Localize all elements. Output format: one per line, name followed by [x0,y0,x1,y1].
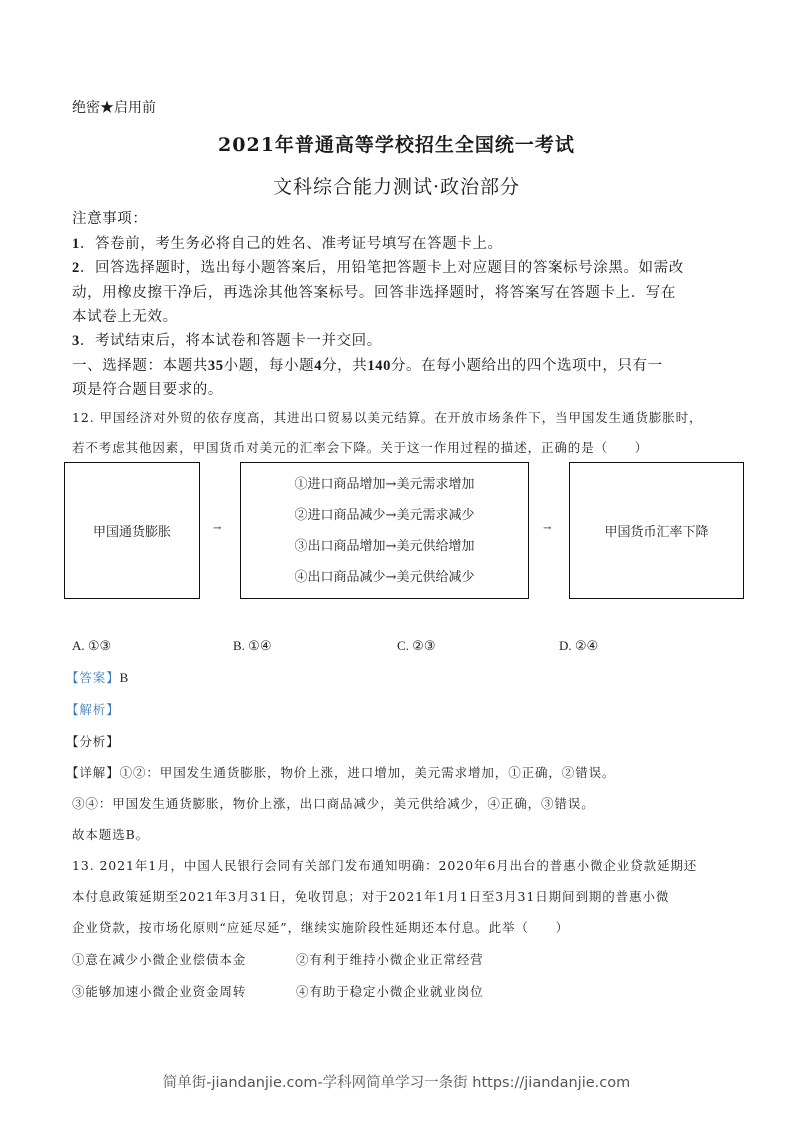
diagram-box-cause: 甲国通货膨胀 [64,462,200,599]
q12-detail-line2: ③④：甲国发生通货膨胀，物价上涨，出口商品减少，美元供给减少，④正确，③错误。 [72,794,595,812]
process-item-4: ④出口商品减少→美元供给减少 [295,567,475,588]
q12-option-d: D. ②④ [559,638,598,654]
q12-option-c: C. ②③ [397,638,435,654]
arrow-right-icon: → [543,523,551,534]
q12-option-b: B. ①④ [233,638,271,654]
footer-watermark: 简单街-jiandanjie.com-学科网简单学习一条街 https://ji… [0,1071,793,1092]
q12-option-a: A. ①③ [72,638,111,654]
q13-stem-line1: 13. 2021年1月，中国人民银行会同有关部门发布通知明确：2020年6月出台… [72,856,697,874]
q13-stem-line2: 本付息政策延期至2021年3月31日，免收罚息；对于2021年1月1日至3月31… [72,887,669,905]
secret-mark: 绝密★启用前 [72,97,156,117]
process-item-2: ②进口商品减少→美元需求减少 [295,505,475,526]
fenxi-tag: 【分析】 [66,732,120,750]
diagram-box-process: ①进口商品增加→美元需求增加 ②进口商品减少→美元需求减少 ③出口商品增加→美元… [240,462,529,599]
notice-item-2-cont: 动，用橡皮擦干净后，再选涂其他答案标号。回答非选择题时，将答案写在答题卡上．写在 [72,281,676,302]
diagram-box-effect: 甲国货币汇率下降 [569,462,744,599]
q13-choice-3: ③能够加速小微企业资金周转 [72,982,246,1000]
q12-detail-line1: 【详解】①②：甲国发生通货膨胀，物价上涨，进口增加，美元需求增加，①正确，②错误… [66,763,615,781]
notice-item-2-cont2: 本试卷上无效。 [72,305,178,326]
notice-heading: 注意事项： [72,207,148,228]
q12-conclusion: 故本题选B。 [72,825,149,843]
answer-tag: 【答案】 [66,670,120,685]
q12-stem-line1: 12. 甲国经济对外贸的依存度高，其进出口贸易以美元结算。在开放市场条件下，当甲… [72,408,702,426]
q13-choice-2: ②有利于维持小微企业正常经营 [296,950,484,968]
notice-item-3: 3．考试结束后，将本试卷和答题卡一并交回。 [72,329,382,350]
section-instructions: 一、选择题：本题共35小题，每小题4分，共140分。在每小题给出的四个选项中，只… [72,354,663,375]
exam-title: 2021年普通高等学校招生全国统一考试 [0,130,793,157]
q13-stem-line3: 企业贷款，按市场化原则“应延尽延”，继续实施阶段性延期还本付息。此举（ ） [72,918,569,936]
q12-stem-line2: 若不考虑其他因素，甲国货币对美元的汇率会下降。关于这一作用过程的描述，正确的是（… [72,438,648,456]
exam-subtitle: 文科综合能力测试·政治部分 [0,172,793,199]
q13-choice-1: ①意在减少小微企业偿债本金 [72,950,246,968]
section-instructions-cont: 项是符合题目要求的。 [72,378,223,399]
q12-answer: 【答案】B [66,668,129,686]
notice-item-2: 2．回答选择题时，选出每小题答案后，用铅笔把答题卡上对应题目的答案标号涂黑。如需… [72,256,684,277]
process-item-3: ③出口商品增加→美元供给增加 [295,536,475,557]
arrow-right-icon: → [213,523,221,534]
notice-item-1: 1．答卷前，考生务必将自己的姓名、准考证号填写在答题卡上。 [72,232,503,253]
q13-choice-4: ④有助于稳定小微企业就业岗位 [296,982,484,1000]
process-item-1: ①进口商品增加→美元需求增加 [295,474,475,495]
analysis-tag: 【解析】 [66,700,120,718]
